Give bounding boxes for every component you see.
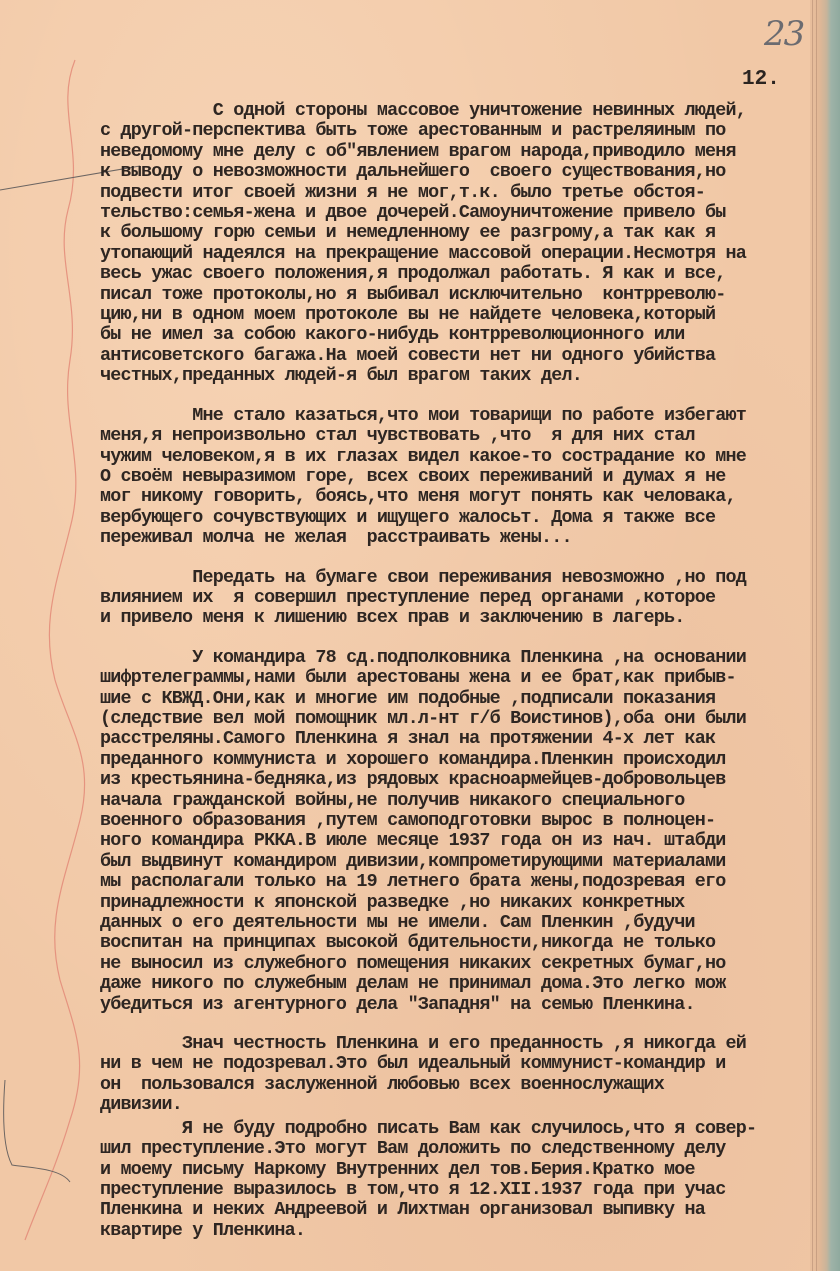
paragraph: Передать на бумаге свои переживания нево…	[100, 568, 823, 629]
text-line: преступление выразилось в том,что я 12.X…	[100, 1180, 823, 1200]
text-line: С одной стороны массовое уничтожение нев…	[100, 101, 823, 121]
text-line: мы располагали только на 19 летнего брат…	[100, 872, 823, 892]
typewritten-letter-body: С одной стороны массовое уничтожение нев…	[100, 101, 823, 1241]
text-line: к большому горю семьи и немедленному ее …	[100, 223, 823, 243]
text-line: дивизии.	[100, 1095, 823, 1115]
text-line: расстреляны.Самого Пленкина я знал на пр…	[100, 729, 823, 749]
text-line: меня,я непроизвольно стал чувствовать ,ч…	[100, 426, 823, 446]
text-line: вербующего сочувствующих и ищущего жалос…	[100, 508, 823, 528]
text-line: мог никому говорить, боясь,что меня могу…	[100, 487, 823, 507]
text-line: ни в чем не подозревал.Это был идеальный…	[100, 1054, 823, 1074]
text-line: Передать на бумаге свои переживания нево…	[100, 568, 823, 588]
page-number: 12.	[742, 68, 780, 91]
text-line: ного командира РККА.В июле месяце 1937 г…	[100, 831, 823, 851]
text-line: цию,ни в одном моем протоколе вы не найд…	[100, 305, 823, 325]
text-line: принадлежности к японской разведке ,но н…	[100, 893, 823, 913]
text-line: с другой-перспектива быть тоже арестован…	[100, 121, 823, 141]
text-line: и моему письму Наркому Внутренних дел то…	[100, 1160, 823, 1180]
text-line: шифртелеграммы,нами были арестованы жена…	[100, 668, 823, 688]
paragraph: Я не буду подробно писать Вам как случил…	[100, 1119, 823, 1241]
text-line: он пользовался заслуженной любовью всех …	[100, 1075, 823, 1095]
text-line: утопающий надеялся на прекращение массов…	[100, 244, 823, 264]
red-wavy-margin-line	[25, 60, 85, 1240]
paragraph: Знач честность Пленкина и его преданност…	[100, 1034, 823, 1116]
text-line: воспитан на принципах высокой бдительнос…	[100, 933, 823, 953]
text-line: весь ужас своего положения,я продолжал р…	[100, 264, 823, 284]
text-line: О своём невыразимом горе, всех своих пер…	[100, 467, 823, 487]
text-line: даже никого по служебным делам не приним…	[100, 974, 823, 994]
text-line: военного образования ,путем самоподготов…	[100, 811, 823, 831]
text-line: У командира 78 сд.подполковника Пленкина…	[100, 648, 823, 668]
text-line: чужим человеком,я в их глазах видел како…	[100, 447, 823, 467]
grey-bracket-curve	[4, 1080, 70, 1182]
text-line: Знач честность Пленкина и его преданност…	[100, 1034, 823, 1054]
text-line: неведомому мне делу с об"явлением врагом…	[100, 142, 823, 162]
text-line: Я не буду подробно писать Вам как случил…	[100, 1119, 823, 1139]
text-line: не выносил из служебного помещения никак…	[100, 954, 823, 974]
text-line: квартире у Пленкина.	[100, 1221, 823, 1241]
text-line: честных,преданных людей-я был врагом так…	[100, 366, 823, 386]
paragraph: С одной стороны массовое уничтожение нев…	[100, 101, 823, 387]
text-line: убедиться из агентурного дела "Западня" …	[100, 995, 823, 1015]
text-line: начала гражданской войны,не получив ника…	[100, 791, 823, 811]
archive-folio-number: 23	[764, 14, 803, 54]
text-line: данных о его деятельности мы не имели. С…	[100, 913, 823, 933]
text-line: антисоветского багажа.На моей совести не…	[100, 346, 823, 366]
text-line: влиянием их я совершил преступление пере…	[100, 588, 823, 608]
text-line: писал тоже протоколы,но я выбивал исключ…	[100, 285, 823, 305]
text-line: преданного коммуниста и хорошего команди…	[100, 750, 823, 770]
text-line: из крестьянина-бедняка,из рядовых красно…	[100, 770, 823, 790]
paragraph: Мне стало казаться,что мои товарищи по р…	[100, 406, 823, 549]
text-line: к выводу о невозможности дальнейшего сво…	[100, 162, 823, 182]
text-line: шие с КВЖД.Они,как и многие им подобные …	[100, 689, 823, 709]
text-line: (следствие вел мой помощник мл.л-нт г/б …	[100, 709, 823, 729]
text-line: шил преступление.Это могут Вам доложить …	[100, 1139, 823, 1159]
text-line: Пленкина и неких Андреевой и Лихтман орг…	[100, 1200, 823, 1220]
text-line: переживал молча не желая расстраивать же…	[100, 528, 823, 548]
text-line: Мне стало казаться,что мои товарищи по р…	[100, 406, 823, 426]
text-line: подвести итог своей жизни я не мог,т.к. …	[100, 183, 823, 203]
text-line: и привело меня к лишению всех прав и зак…	[100, 608, 823, 628]
text-line: тельство:семья-жена и двое дочерей.Самоу…	[100, 203, 823, 223]
paragraph: У командира 78 сд.подполковника Пленкина…	[100, 648, 823, 1015]
text-line: бы не имел за собою какого-нибудь контрр…	[100, 325, 823, 345]
text-line: был выдвинут командиром дивизии,компроме…	[100, 852, 823, 872]
